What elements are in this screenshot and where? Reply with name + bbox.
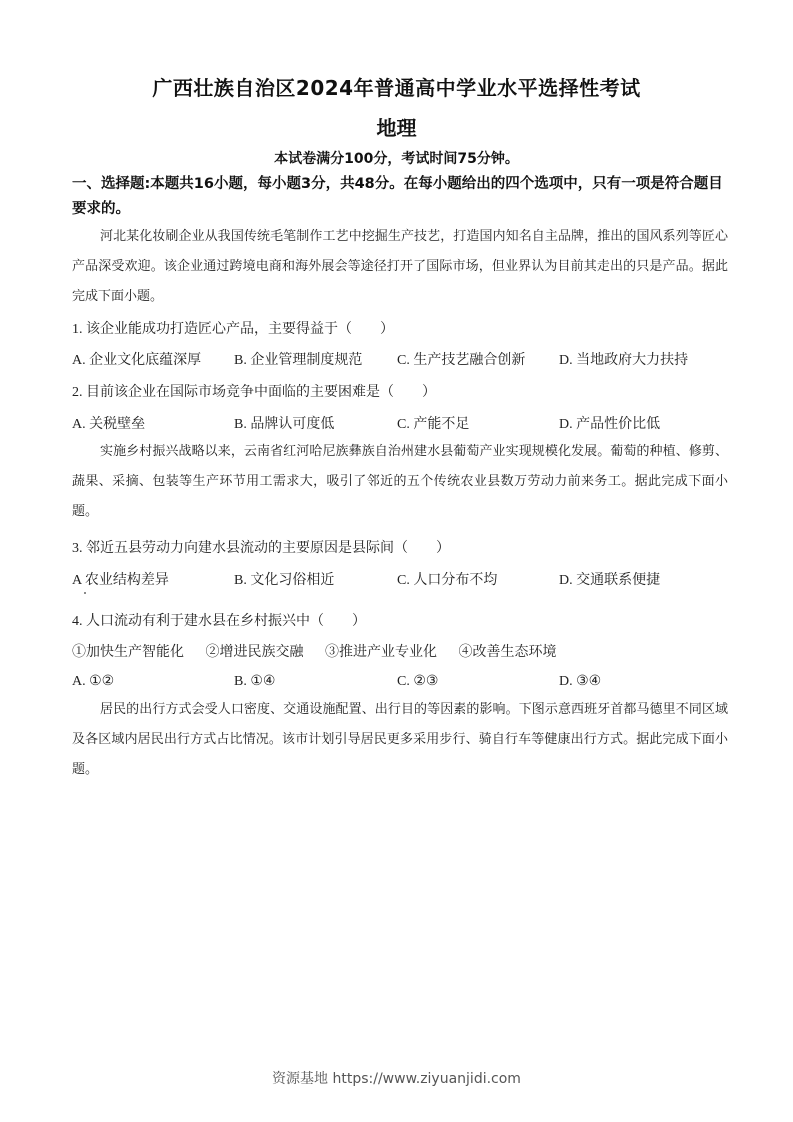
question-2-option-d[interactable]: D. 产品性价比低 bbox=[559, 413, 660, 433]
question-3-stem: 3. 邻近五县劳动力向建水县流动的主要原因是县际间（ ） bbox=[72, 537, 732, 557]
question-4-choice-1: ①加快生产智能化 bbox=[72, 645, 184, 660]
question-4-option-b[interactable]: B. ①④ bbox=[234, 673, 275, 690]
question-3-option-d[interactable]: D. 交通联系便捷 bbox=[559, 569, 660, 589]
question-4-choice-4: ④改善生态环境 bbox=[459, 645, 557, 660]
scan-speck bbox=[84, 592, 86, 594]
question-4-choices: ①加快生产智能化 ②增进民族交融 ③推进产业专业化 ④改善生态环境 bbox=[72, 641, 575, 661]
question-2-option-c[interactable]: C. 产能不足 bbox=[397, 413, 469, 433]
question-4-stem: 4. 人口流动有利于建水县在乡村振兴中（ ） bbox=[72, 610, 732, 630]
passage-3: 居民的出行方式会受人口密度、交通设施配置、出行目的等因素的影响。下图示意西班牙首… bbox=[72, 695, 728, 785]
passage-1: 河北某化妆刷企业从我国传统毛笔制作工艺中挖掘生产技艺，打造国内知名自主品牌，推出… bbox=[72, 222, 728, 312]
question-1-option-a[interactable]: A. 企业文化底蕴深厚 bbox=[72, 349, 201, 369]
exam-page: 广西壮族自治区2024年普通高中学业水平选择性考试 地理 本试卷满分100分，考… bbox=[0, 0, 793, 1122]
question-1-option-c[interactable]: C. 生产技艺融合创新 bbox=[397, 349, 525, 369]
subject-heading: 地理 bbox=[0, 112, 793, 141]
question-4-choice-2: ②增进民族交融 bbox=[206, 645, 304, 660]
question-2-stem: 2. 目前该企业在国际市场竞争中面临的主要困难是（ ） bbox=[72, 381, 732, 401]
question-1-option-b[interactable]: B. 企业管理制度规范 bbox=[234, 349, 362, 369]
question-4-option-d[interactable]: D. ③④ bbox=[559, 673, 601, 690]
question-4-option-c[interactable]: C. ②③ bbox=[397, 673, 438, 690]
question-3-option-c[interactable]: C. 人口分布不均 bbox=[397, 569, 497, 589]
question-1-stem: 1. 该企业能成功打造匠心产品，主要得益于（ ） bbox=[72, 318, 732, 338]
question-2-option-b[interactable]: B. 品牌认可度低 bbox=[234, 413, 334, 433]
exam-title: 广西壮族自治区2024年普通高中学业水平选择性考试 bbox=[0, 72, 793, 101]
question-3-option-a[interactable]: A 农业结构差异 bbox=[72, 569, 169, 589]
passage-2: 实施乡村振兴战略以来，云南省红河哈尼族彝族自治州建水县葡萄产业实现规模化发展。葡… bbox=[72, 437, 728, 527]
exam-info: 本试卷满分100分，考试时间75分钟。 bbox=[0, 148, 793, 168]
question-4-choice-3: ③推进产业专业化 bbox=[325, 645, 437, 660]
footer-watermark-link[interactable]: 资源基地 https://www.ziyuanjidi.com bbox=[0, 1068, 793, 1088]
question-1-option-d[interactable]: D. 当地政府大力扶持 bbox=[559, 349, 688, 369]
question-4-option-a[interactable]: A. ①② bbox=[72, 673, 114, 690]
question-3-option-b[interactable]: B. 文化习俗相近 bbox=[234, 569, 334, 589]
question-2-option-a[interactable]: A. 关税壁垒 bbox=[72, 413, 145, 433]
section-heading: 一、选择题:本题共16小题，每小题3分，共48分。在每小题给出的四个选项中，只有… bbox=[72, 172, 732, 222]
